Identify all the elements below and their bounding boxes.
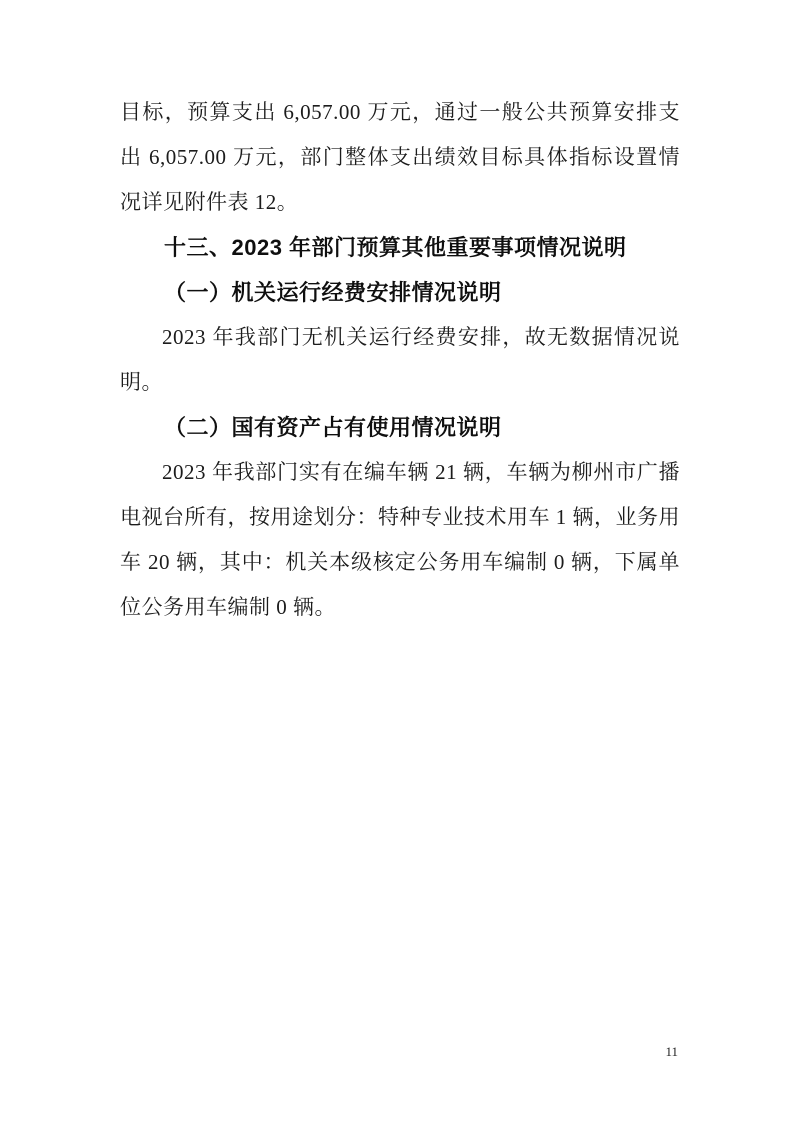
subsection-heading-2: （二）国有资产占有使用情况说明 — [120, 405, 680, 450]
page-number: 11 — [665, 1044, 678, 1060]
text-line: 明。 — [120, 360, 680, 405]
text-line: 2023 年我部门无机关运行经费安排，故无数据情况说 — [120, 315, 680, 360]
text-line: 位公务用车编制 0 辆。 — [120, 585, 680, 630]
text-line: 车 20 辆，其中：机关本级核定公务用车编制 0 辆，下属单 — [120, 540, 680, 585]
text-line: 目标，预算支出 6,057.00 万元，通过一般公共预算安排支 — [120, 90, 680, 135]
text-line: 电视台所有，按用途划分：特种专业技术用车 1 辆，业务用 — [120, 495, 680, 540]
text-line: 出 6,057.00 万元，部门整体支出绩效目标具体指标设置情 — [120, 135, 680, 180]
paragraph-state-owned-assets: 2023 年我部门实有在编车辆 21 辆，车辆为柳州市广播 电视台所有，按用途划… — [120, 450, 680, 630]
section-heading-13: 十三、2023 年部门预算其他重要事项情况说明 — [120, 225, 680, 270]
budget-document-page: 目标，预算支出 6,057.00 万元，通过一般公共预算安排支 出 6,057.… — [0, 0, 800, 1132]
subsection-heading-1: （一）机关运行经费安排情况说明 — [120, 270, 680, 315]
paragraph-operating-funds: 2023 年我部门无机关运行经费安排，故无数据情况说 明。 — [120, 315, 680, 405]
text-line: 2023 年我部门实有在编车辆 21 辆，车辆为柳州市广播 — [120, 450, 680, 495]
paragraph-performance-target: 目标，预算支出 6,057.00 万元，通过一般公共预算安排支 出 6,057.… — [120, 90, 680, 225]
text-line: 况详见附件表 12。 — [120, 180, 680, 225]
document-text-area: 目标，预算支出 6,057.00 万元，通过一般公共预算安排支 出 6,057.… — [120, 90, 680, 630]
